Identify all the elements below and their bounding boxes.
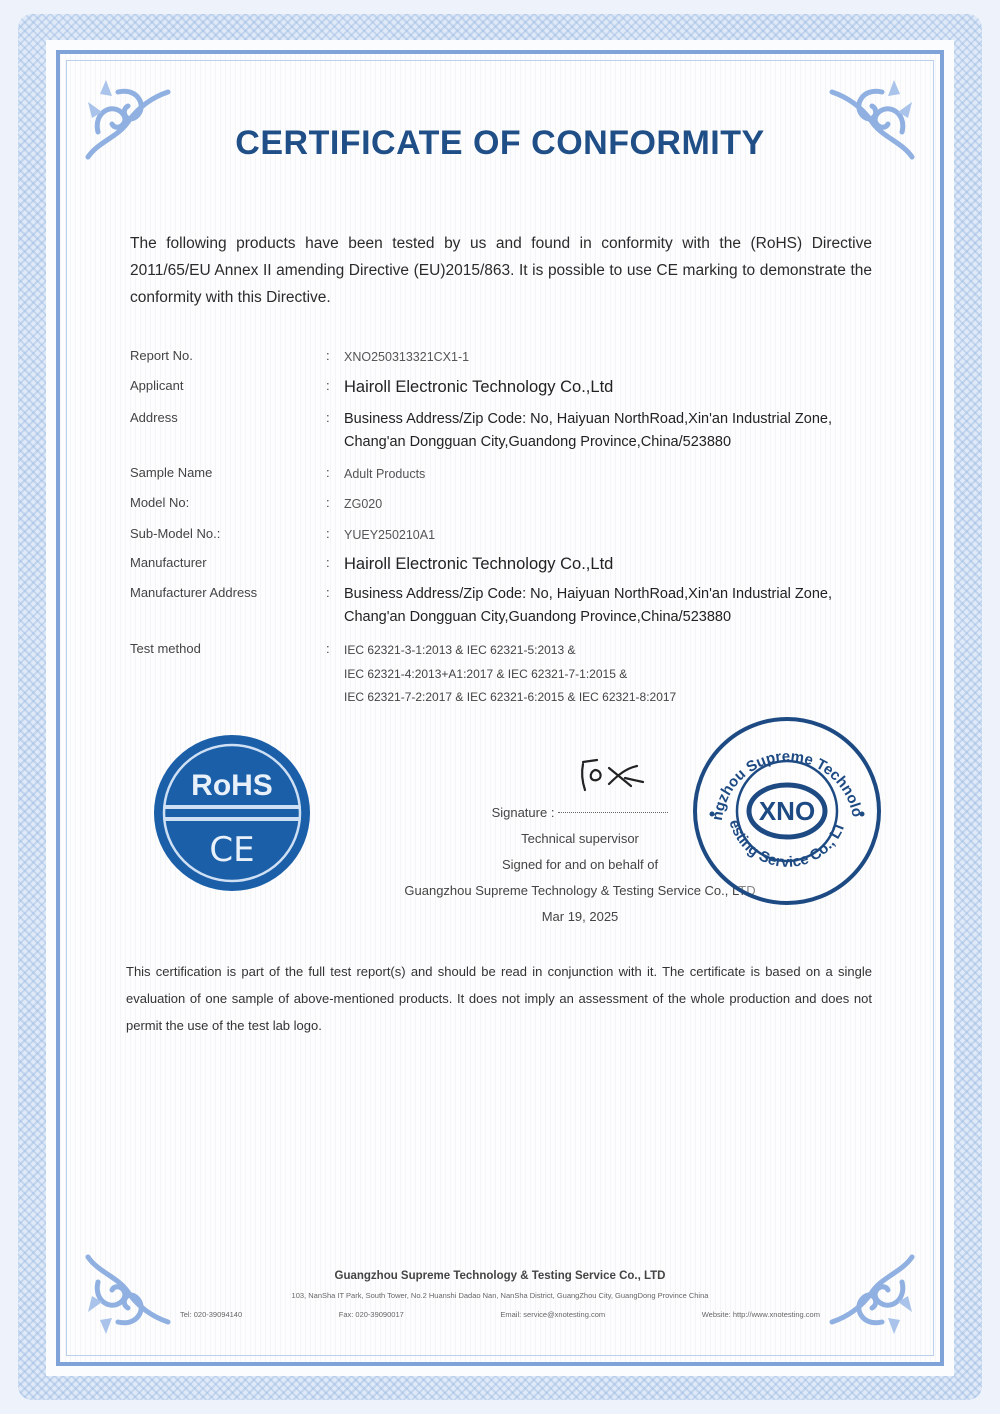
field-label: Address — [130, 408, 326, 463]
field-label: Report No. — [130, 346, 326, 376]
footer-company: Guangzhou Supreme Technology & Testing S… — [0, 1270, 1000, 1282]
company-seal-stamp-icon: Guangzhou Supreme Technology & Testing S… — [690, 714, 885, 909]
field-colon: : — [326, 376, 344, 408]
field-value: IEC 62321-3-1:2013 & IEC 62321-5:2013 & … — [344, 639, 850, 710]
signature-label: Signature : — [492, 805, 555, 820]
test-method-line: IEC 62321-4:2013+A1:2017 & IEC 62321-7-1… — [344, 663, 850, 687]
svg-text:XNO: XNO — [759, 796, 815, 826]
footer-website: Website: http://www.xnotesting.com — [702, 1310, 820, 1319]
field-colon: : — [326, 639, 344, 710]
field-manufacturer-address: Manufacturer Address : Business Address/… — [130, 583, 850, 639]
field-value: Hairoll Electronic Technology Co.,Ltd — [344, 553, 850, 583]
field-value: Business Address/Zip Code: No, Haiyuan N… — [344, 408, 850, 463]
field-value: XNO250313321CX1-1 — [344, 346, 850, 376]
field-applicant: Applicant : Hairoll Electronic Technolog… — [130, 376, 850, 408]
footer: Guangzhou Supreme Technology & Testing S… — [0, 1270, 1000, 1319]
field-value: ZG020 — [344, 493, 850, 524]
intro-paragraph: The following products have been tested … — [130, 230, 872, 311]
svg-text:CE: CE — [209, 830, 254, 870]
field-value: Business Address/Zip Code: No, Haiyuan N… — [344, 583, 850, 639]
footer-fax: Fax: 020-39090017 — [339, 1310, 404, 1319]
field-value: YUEY250210A1 — [344, 524, 850, 553]
field-colon: : — [326, 493, 344, 524]
field-label: Model No: — [130, 493, 326, 524]
footer-contacts: Tel: 020-39094140 Fax: 020-39090017 Emai… — [180, 1310, 820, 1319]
field-model-no: Model No: : ZG020 — [130, 493, 850, 524]
field-colon: : — [326, 583, 344, 639]
field-test-method: Test method : IEC 62321-3-1:2013 & IEC 6… — [130, 639, 850, 710]
certificate-fields: Report No. : XNO250313321CX1-1 Applicant… — [130, 346, 850, 710]
field-label: Manufacturer Address — [130, 583, 326, 639]
footer-tel: Tel: 020-39094140 — [180, 1310, 242, 1319]
field-sub-model-no: Sub-Model No.: : YUEY250210A1 — [130, 524, 850, 553]
footer-email: Email: service@xnotesting.com — [500, 1310, 605, 1319]
field-manufacturer: Manufacturer : Hairoll Electronic Techno… — [130, 553, 850, 583]
field-value: Hairoll Electronic Technology Co.,Ltd — [344, 376, 850, 408]
field-value: Adult Products — [344, 463, 850, 493]
field-label: Applicant — [130, 376, 326, 408]
field-label: Manufacturer — [130, 553, 326, 583]
field-label: Sample Name — [130, 463, 326, 493]
footer-address: 103, NanSha IT Park, South Tower, No.2 H… — [0, 1291, 1000, 1300]
signature-dotted-line — [558, 812, 668, 813]
field-colon: : — [326, 553, 344, 583]
field-address: Address : Business Address/Zip Code: No,… — [130, 408, 850, 463]
signature-line: Signature : — [492, 800, 669, 826]
field-colon: : — [326, 408, 344, 463]
rohs-ce-logo-icon: RoHS CE — [152, 733, 312, 893]
field-label: Test method — [130, 639, 326, 710]
disclaimer-paragraph: This certification is part of the full t… — [126, 958, 872, 1039]
field-colon: : — [326, 346, 344, 376]
field-sample-name: Sample Name : Adult Products — [130, 463, 850, 493]
certificate-title: CERTIFICATE OF CONFORMITY — [0, 124, 1000, 163]
field-report-no: Report No. : XNO250313321CX1-1 — [130, 346, 850, 376]
field-label: Sub-Model No.: — [130, 524, 326, 553]
field-colon: : — [326, 463, 344, 493]
test-method-line: IEC 62321-3-1:2013 & IEC 62321-5:2013 & — [344, 639, 850, 663]
svg-text:RoHS: RoHS — [191, 769, 273, 802]
field-colon: : — [326, 524, 344, 553]
handwritten-signature — [575, 748, 655, 796]
test-method-line: IEC 62321-7-2:2017 & IEC 62321-6:2015 & … — [344, 686, 850, 710]
